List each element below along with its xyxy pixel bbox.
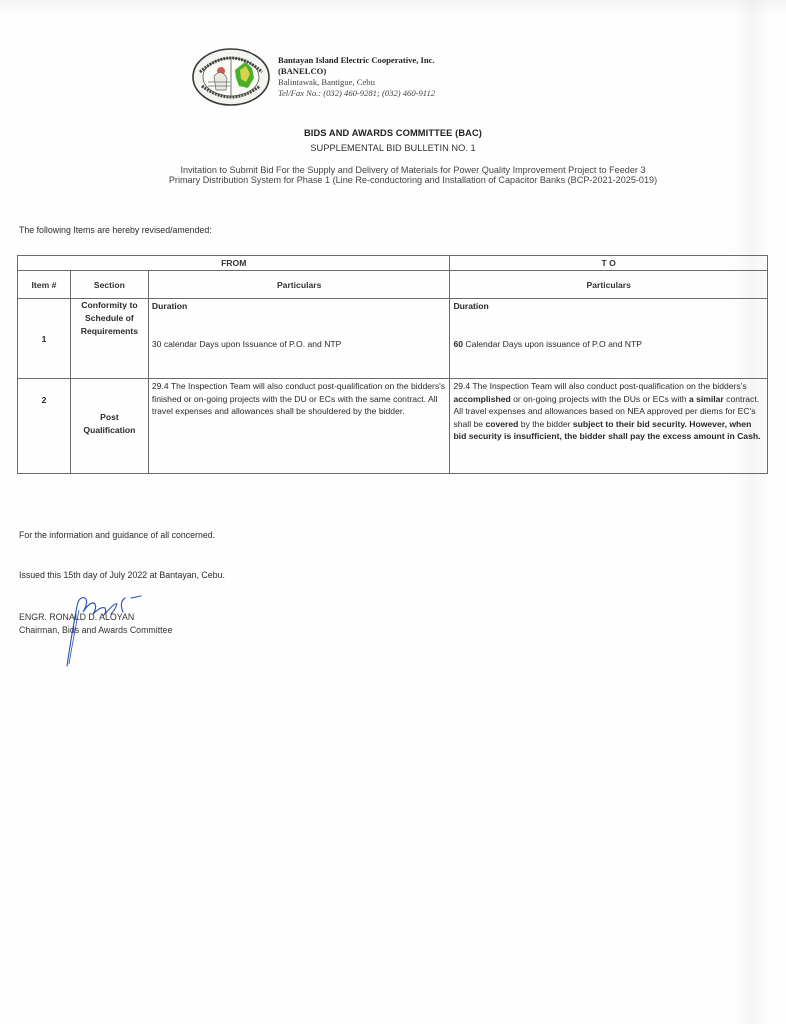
item-number: 2 bbox=[18, 379, 71, 474]
issued-date-text: Issued this 15th day of July 2022 at Ban… bbox=[19, 570, 225, 580]
section-name: Post Qualification bbox=[70, 379, 148, 474]
organization-info: Bantayan Island Electric Cooperative, In… bbox=[278, 55, 435, 99]
table-row: 1 Conformity to Schedule of Requirements… bbox=[18, 299, 768, 379]
to-text-rest: Calendar Days upon issuance of P.O and N… bbox=[463, 339, 642, 349]
scan-shadow-edge bbox=[732, 0, 772, 1024]
to-text: 60 Calendar Days upon issuance of P.O an… bbox=[453, 338, 764, 351]
to-text-segment: or on-going projects with the DUs or ECs… bbox=[511, 394, 689, 404]
invitation-line-2: Primary Distribution System for Phase 1 … bbox=[40, 175, 786, 185]
section-line-1: Post bbox=[71, 411, 148, 424]
org-name: Bantayan Island Electric Cooperative, In… bbox=[278, 55, 435, 66]
invitation-subject: Invitation to Submit Bid For the Supply … bbox=[0, 165, 786, 185]
document-page: Bantayan Island Electric Cooperative, In… bbox=[0, 0, 786, 1024]
section-line-2: Qualification bbox=[71, 424, 148, 437]
from-heading: Duration bbox=[152, 300, 447, 313]
item-number-header: Item # bbox=[18, 271, 71, 299]
cooperative-seal-icon bbox=[190, 46, 272, 108]
committee-title: BIDS AND AWARDS COMMITTEE (BAC) bbox=[0, 128, 786, 138]
invitation-line-1: Invitation to Submit Bid For the Supply … bbox=[40, 165, 786, 175]
to-text-segment: covered bbox=[485, 419, 518, 429]
from-text: 30 calendar Days upon Issuance of P.O. a… bbox=[152, 338, 447, 351]
table-row: 2 Post Qualification 29.4 The Inspection… bbox=[18, 379, 768, 474]
to-text-segment: accomplished bbox=[453, 394, 510, 404]
to-bold-value: 60 bbox=[453, 339, 463, 349]
signatory-title: Chairman, Bids and Awards Committee bbox=[19, 625, 172, 635]
to-text-segment: by the bidder bbox=[518, 419, 572, 429]
section-header: Section bbox=[70, 271, 148, 299]
bulletin-title: SUPPLEMENTAL BID BULLETIN NO. 1 bbox=[0, 143, 786, 153]
to-heading: Duration bbox=[453, 300, 764, 313]
from-group-header: FROM bbox=[18, 256, 450, 271]
closing-text: For the information and guidance of all … bbox=[19, 530, 215, 540]
to-particulars-header: Particulars bbox=[450, 271, 768, 299]
from-particulars: Duration 30 calendar Days upon Issuance … bbox=[148, 299, 450, 379]
scan-shadow-top bbox=[0, 0, 786, 16]
to-particulars: 29.4 The Inspection Team will also condu… bbox=[450, 379, 768, 474]
letterhead: Bantayan Island Electric Cooperative, In… bbox=[190, 46, 435, 108]
org-address: Balintawak, Bantigue, Cebu bbox=[278, 77, 435, 88]
org-telfax: Tel/Fax No.: (032) 460-9281; (032) 460-9… bbox=[278, 88, 435, 99]
to-group-header: T O bbox=[450, 256, 768, 271]
signatory-name: ENGR. RONALD D. ALOYAN bbox=[19, 612, 134, 622]
from-particulars-header: Particulars bbox=[148, 271, 450, 299]
item-number: 1 bbox=[18, 299, 71, 379]
table-column-header: Item # Section Particulars Particulars bbox=[18, 271, 768, 299]
to-text-segment: 29.4 The Inspection Team will also condu… bbox=[453, 381, 746, 391]
to-text-segment: a similar bbox=[689, 394, 724, 404]
section-name: Conformity to Schedule of Requirements bbox=[70, 299, 148, 379]
to-particulars: Duration 60 Calendar Days upon issuance … bbox=[450, 299, 768, 379]
intro-text: The following Items are hereby revised/a… bbox=[19, 225, 212, 235]
table-group-header: FROM T O bbox=[18, 256, 768, 271]
revision-table: FROM T O Item # Section Particulars Part… bbox=[17, 255, 768, 474]
org-short-name: (BANELCO) bbox=[278, 66, 435, 77]
from-particulars: 29.4 The Inspection Team will also condu… bbox=[148, 379, 450, 474]
